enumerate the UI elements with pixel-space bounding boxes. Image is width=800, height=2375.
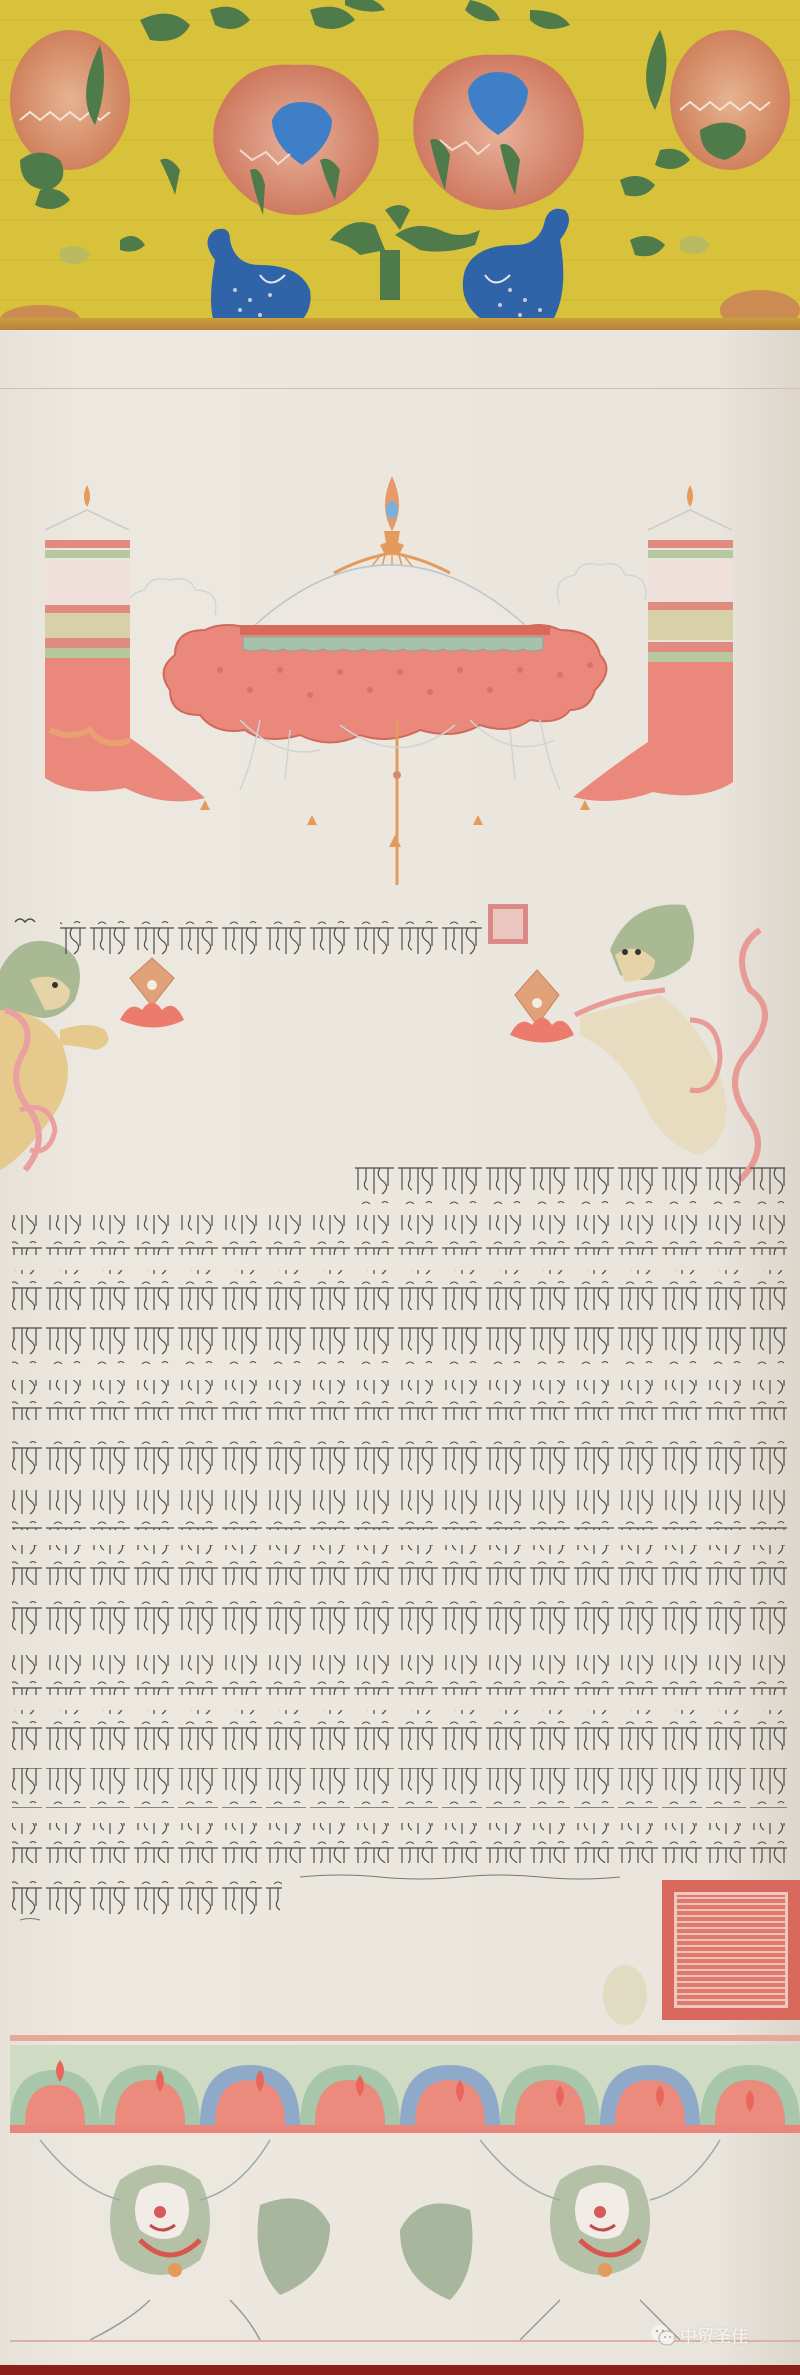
seal-script-pattern [674,1892,788,2008]
wechat-icon [650,2324,676,2346]
decree-scroll: 中贸圣佳 [0,0,800,2375]
small-red-seal [488,904,528,944]
opening-invocation-line [15,915,485,955]
large-red-seal [662,1880,800,2020]
scroll-bottom-edge [0,2365,800,2375]
watermark-text: 中贸圣佳 [680,2322,748,2347]
body-text-lines [12,1165,787,1920]
watermark: 中贸圣佳 [650,2322,748,2347]
